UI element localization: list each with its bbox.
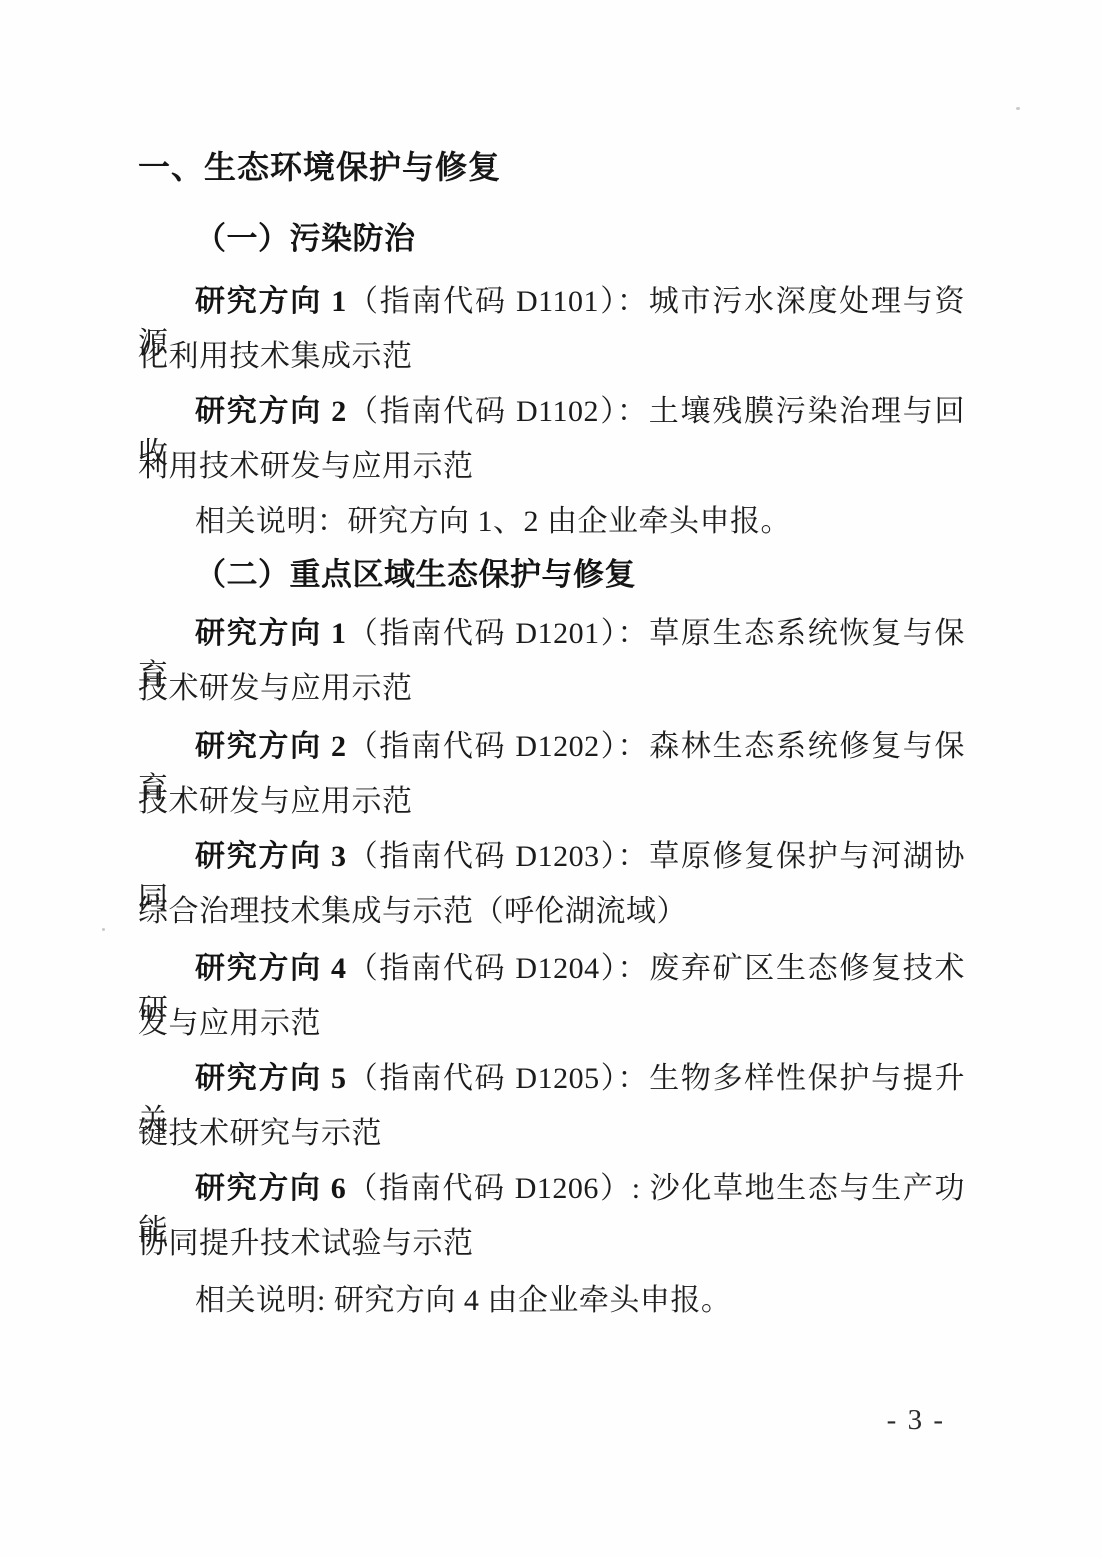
direction-d1203-line1: 研究方向 3（指南代码 D1203）：草原修复保护与河湖协同 — [138, 836, 965, 878]
direction-d1102-line2: 利用技术研发与应用示范 — [138, 446, 965, 488]
direction-d1205-line1: 研究方向 5（指南代码 D1205）：生物多样性保护与提升关 — [138, 1058, 965, 1100]
related-note-1: 相关说明：研究方向 1、2 由企业牵头申报。 — [138, 501, 965, 543]
direction-d1201-line1: 研究方向 1（指南代码 D1201）：草原生态系统恢复与保育 — [138, 613, 965, 655]
direction-d1204-line2: 发与应用示范 — [138, 1003, 965, 1045]
direction-d1203-line2: 综合治理技术集成与示范（呼伦湖流域） — [138, 891, 965, 933]
direction-d1101-line2: 化利用技术集成示范 — [138, 336, 965, 378]
subsection-heading-1: （一）污染防治 — [138, 218, 965, 260]
direction-d1206-label: 研究方向 6 — [195, 1172, 346, 1205]
direction-d1101-label: 研究方向 1 — [195, 285, 347, 318]
direction-d1102-line1: 研究方向 2（指南代码 D1102）：土壤残膜污染治理与回收 — [138, 391, 965, 433]
document-page: 一、生态环境保护与修复 （一）污染防治 研究方向 1（指南代码 D1101）：城… — [0, 0, 1102, 1557]
related-note-2: 相关说明: 研究方向 4 由企业牵头申报。 — [138, 1280, 965, 1322]
direction-d1205-label: 研究方向 5 — [195, 1062, 347, 1095]
section-heading: 一、生态环境保护与修复 — [138, 146, 965, 188]
direction-d1201-line2: 技术研发与应用示范 — [138, 668, 965, 710]
direction-d1202-line1: 研究方向 2（指南代码 D1202）：森林生态系统修复与保育 — [138, 726, 965, 768]
direction-d1206-line2: 协同提升技术试验与示范 — [138, 1223, 965, 1265]
direction-d1206-line1: 研究方向 6（指南代码 D1206）: 沙化草地生态与生产功能 — [138, 1168, 965, 1210]
direction-d1202-line2: 技术研发与应用示范 — [138, 781, 965, 823]
direction-d1205-line2: 键技术研究与示范 — [138, 1113, 965, 1155]
direction-d1204-line1: 研究方向 4（指南代码 D1204）：废弃矿区生态修复技术研 — [138, 948, 965, 990]
scan-speck-2 — [102, 928, 105, 931]
direction-d1101-line1: 研究方向 1（指南代码 D1101）：城市污水深度处理与资源 — [138, 281, 965, 323]
direction-d1102-label: 研究方向 2 — [195, 395, 347, 428]
scan-speck-1 — [1016, 107, 1020, 110]
direction-d1203-label: 研究方向 3 — [195, 840, 347, 873]
direction-d1202-label: 研究方向 2 — [195, 730, 347, 763]
subsection-heading-2: （二）重点区域生态保护与修复 — [138, 554, 965, 596]
page-number: - 3 - — [887, 1404, 945, 1437]
direction-d1204-label: 研究方向 4 — [195, 952, 347, 985]
direction-d1201-label: 研究方向 1 — [195, 617, 347, 650]
